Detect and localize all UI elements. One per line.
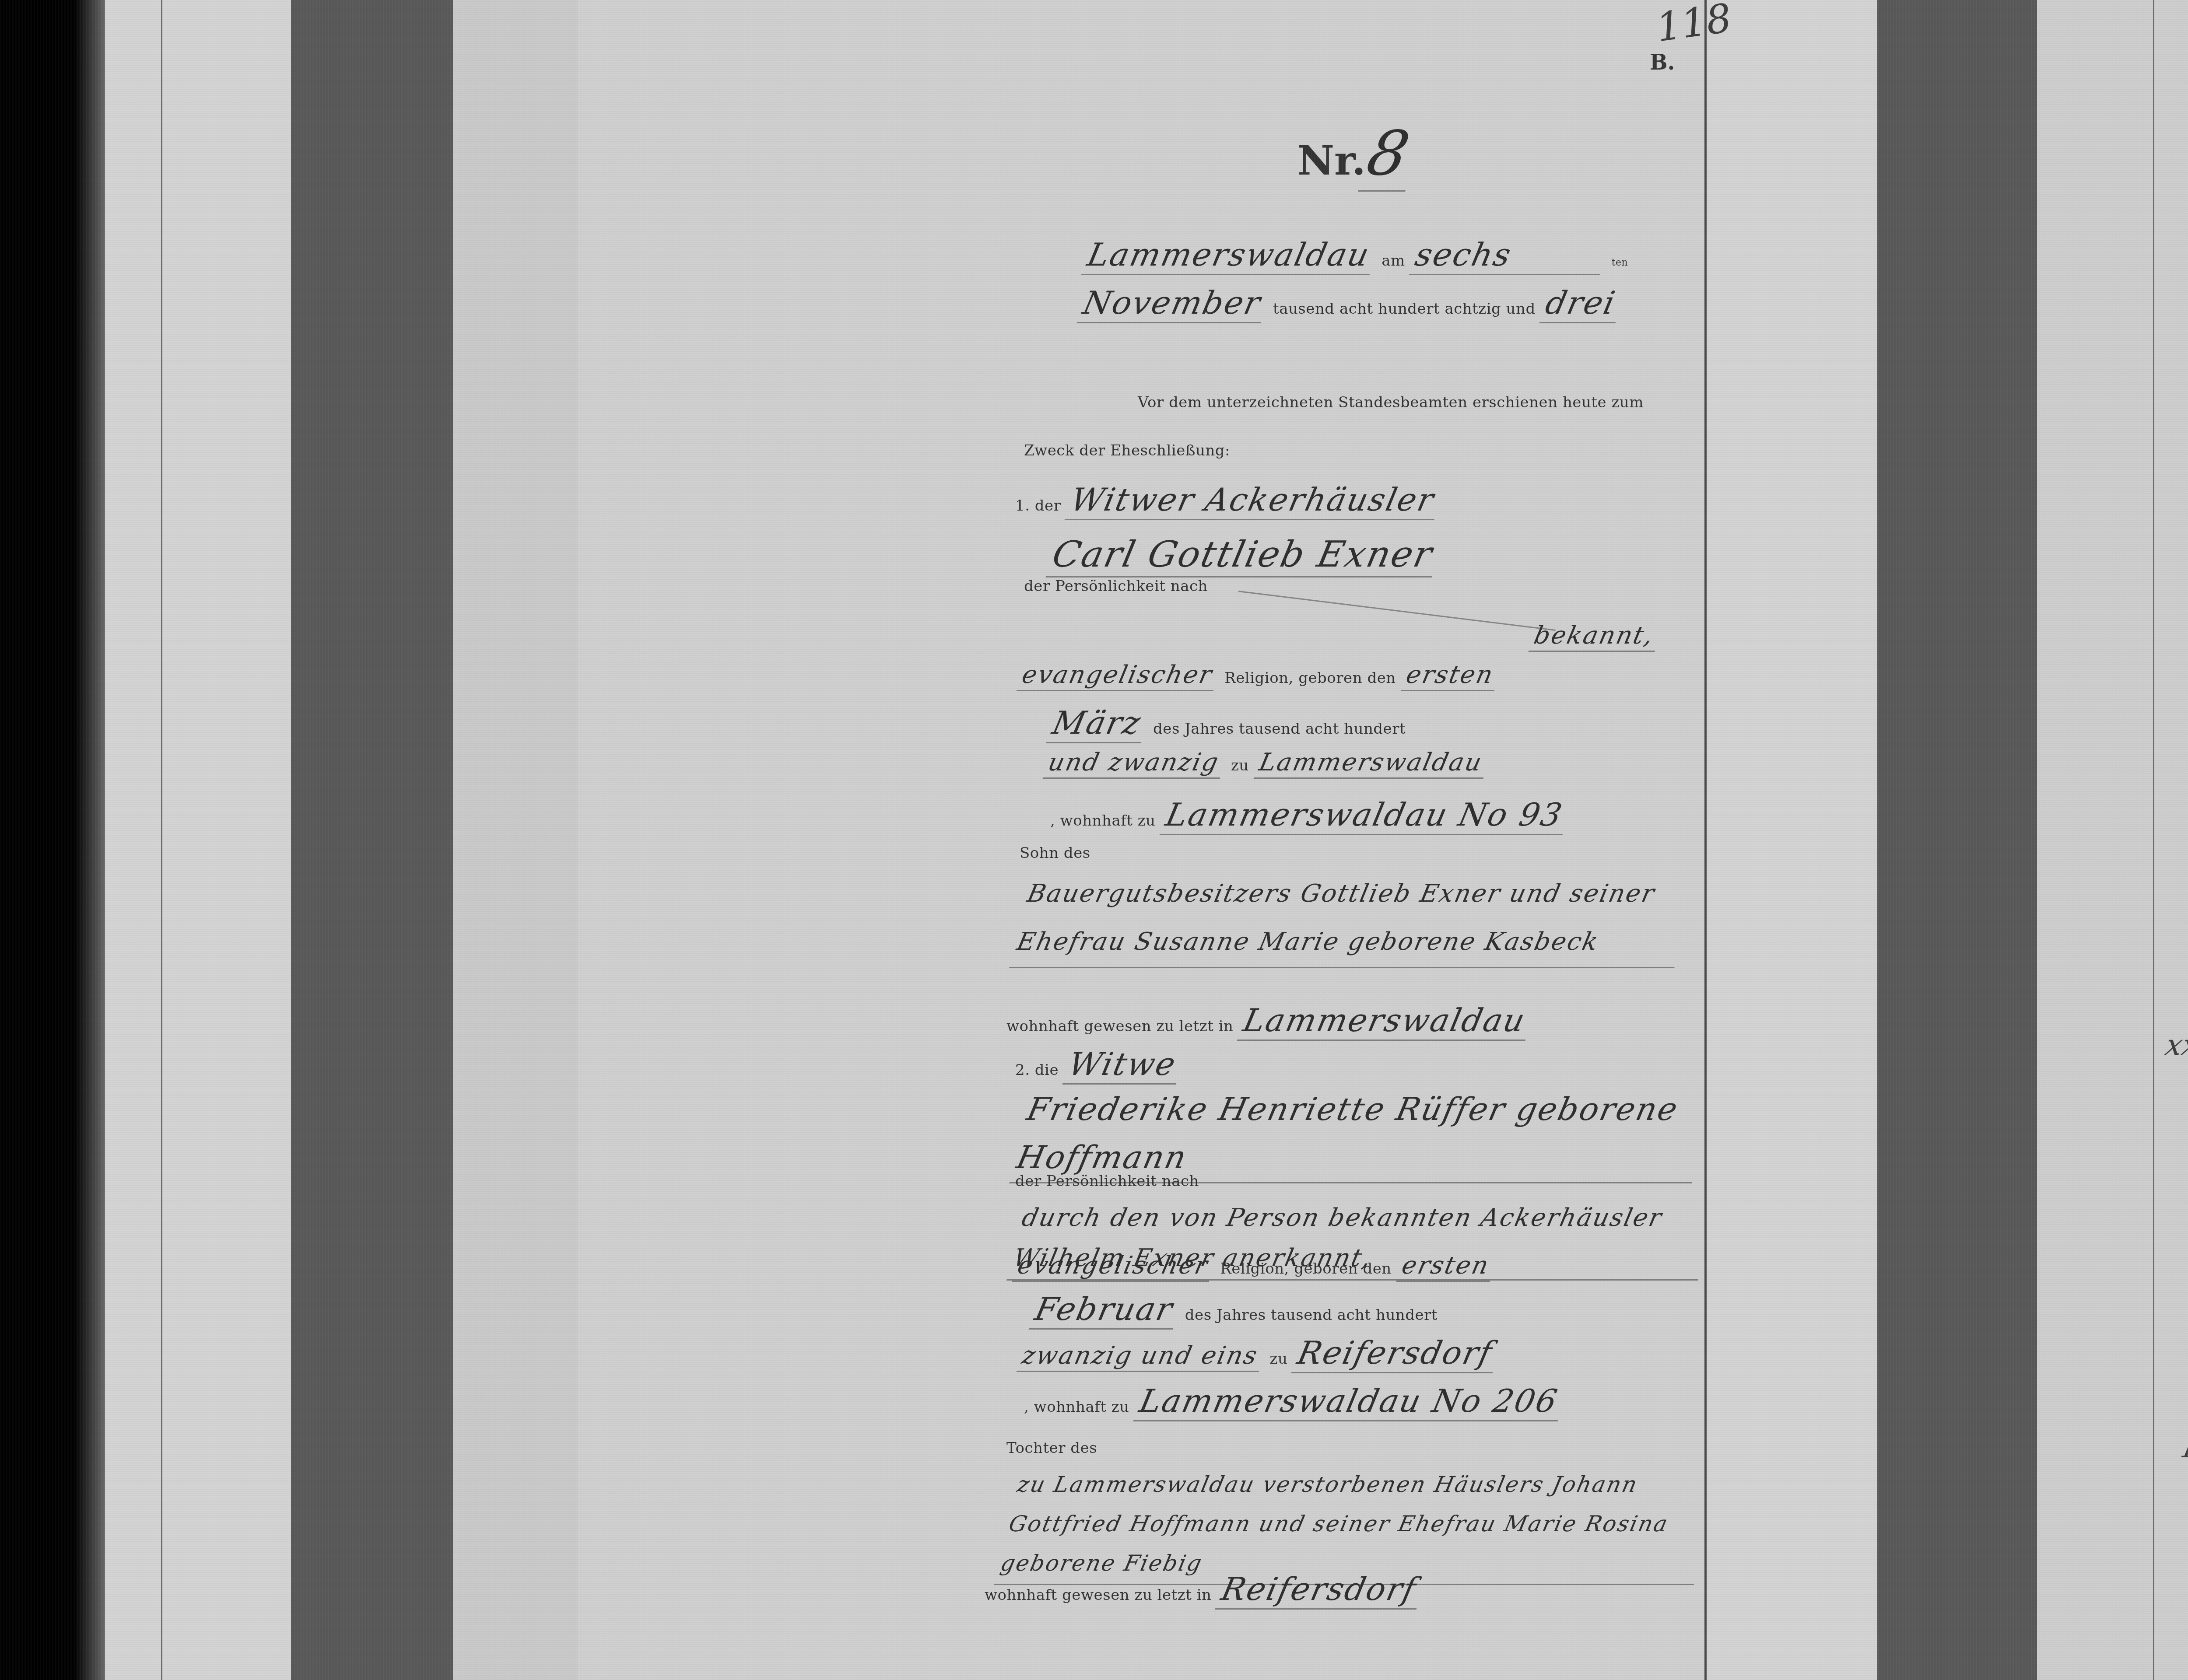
bride-birth-year-line: zwanzig und eins zu Reifersdorf bbox=[1020, 1334, 1497, 1373]
header-date-line: November tausend acht hundert achtzig un… bbox=[1081, 284, 1620, 323]
groom-line-1: 1. der Witwer Ackerhäusler bbox=[1015, 481, 1438, 520]
groom-birth-place: Lammerswaldau bbox=[1253, 748, 1490, 779]
intro-text-1: Vor dem unterzeichneten Standesbeamten e… bbox=[1138, 394, 1644, 411]
groom-birth-year-line: und zwanzig zu Lammerswaldau bbox=[1046, 748, 1487, 779]
bride-birth-place: Reifersdorf bbox=[1291, 1334, 1501, 1373]
header-day-suffix: ten bbox=[1612, 257, 1628, 268]
bride-religion: evangelischer bbox=[1012, 1251, 1216, 1282]
bride-religion-line: evangelischer Religion, geboren den erst… bbox=[1015, 1251, 1493, 1282]
groom-identity-line: der Persönlichkeit nach bbox=[1024, 577, 1208, 595]
bride-birth-month-line: Februar des Jahres tausend acht hundert bbox=[1033, 1291, 1438, 1330]
bride-parents-label: Tochter des bbox=[1006, 1439, 1097, 1457]
bride-line-1: 2. die Witwe bbox=[1015, 1046, 1180, 1085]
groom-birth-day: ersten bbox=[1400, 661, 1501, 691]
binding-band-left bbox=[291, 0, 453, 1680]
bride-birth-year-label: des Jahres tausend acht hundert bbox=[1185, 1306, 1438, 1324]
groom-parents-residence: Lammerswaldau bbox=[1237, 1002, 1534, 1041]
bride-identity-label: der Persönlichkeit nach bbox=[1015, 1172, 1199, 1190]
bride-parents-residence-line: wohnhaft gewesen zu letzt in Reifersdorf bbox=[985, 1571, 1420, 1610]
bride-birth-day: ersten bbox=[1396, 1251, 1496, 1282]
page-edge-line bbox=[161, 0, 162, 1680]
intro-text-2: Zweck der Eheschließung: bbox=[1024, 442, 1230, 459]
header-am: am bbox=[1382, 252, 1405, 269]
intro-line-2: Zweck der Eheschließung: bbox=[1024, 442, 1230, 459]
groom-religion: evangelischer bbox=[1017, 661, 1220, 691]
bride-birth-year: zwanzig und eins bbox=[1017, 1341, 1265, 1372]
groom-parents-residence-label: wohnhaft gewesen zu letzt in bbox=[1006, 1018, 1233, 1035]
entry-prefix: Nr. bbox=[1297, 137, 1366, 184]
groom-birth-month: März bbox=[1046, 704, 1150, 743]
bride-parents-line: Tochter des zu Lammerswaldau verstorbene… bbox=[1006, 1439, 1707, 1585]
groom-residence-line: , wohnhaft zu Lammerswaldau No 93 bbox=[1050, 796, 1566, 835]
header-year-printed: tausend acht hundert achtzig und bbox=[1273, 300, 1536, 318]
bride-parents-residence-label: wohnhaft gewesen zu letzt in bbox=[985, 1586, 1211, 1604]
groom-label: 1. der bbox=[1015, 497, 1061, 514]
header-day: sechs bbox=[1409, 236, 1608, 275]
groom-identity-label: der Persönlichkeit nach bbox=[1024, 577, 1208, 595]
groom-residence-label: , wohnhaft zu bbox=[1050, 812, 1156, 829]
form-letter: B. bbox=[1650, 50, 1675, 75]
binding-band-right bbox=[1877, 0, 2037, 1680]
bride-status: Witwe bbox=[1062, 1046, 1185, 1085]
scan-edge-left bbox=[0, 0, 105, 1680]
groom-religion-line: evangelischer Religion, geboren den erst… bbox=[1020, 661, 1497, 691]
entry-number: Nr.8 bbox=[1297, 118, 1413, 192]
groom-name: Carl Gottlieb Exner bbox=[1045, 534, 1441, 577]
header-place: Lammerswaldau bbox=[1081, 236, 1378, 275]
bride-residence-label: , wohnhaft zu bbox=[1024, 1398, 1129, 1416]
page-gutter bbox=[1707, 0, 1877, 1680]
groom-identity-value-line: bekannt, bbox=[1532, 621, 1658, 652]
intro-line-1: Vor dem unterzeichneten Standesbeamten e… bbox=[1138, 394, 1644, 411]
bride-parents-residence: Reifersdorf bbox=[1215, 1571, 1425, 1610]
header-year-hand: drei bbox=[1539, 284, 1623, 323]
groom-residence: Lammerswaldau No 93 bbox=[1159, 796, 1571, 835]
bride-residence: Lammerswaldau No 206 bbox=[1133, 1382, 1566, 1421]
bride-religion-label: Religion, geboren den bbox=[1220, 1260, 1392, 1277]
entry-number-hand: 8 bbox=[1358, 118, 1421, 192]
groom-parents-residence-line: wohnhaft gewesen zu letzt in Lammerswald… bbox=[1006, 1002, 1530, 1041]
bride-birth-month: Februar bbox=[1029, 1291, 1182, 1330]
left-page-margin bbox=[453, 0, 578, 1680]
bride-parents: zu Lammerswaldau verstorbenen Häuslers J… bbox=[994, 1465, 1719, 1585]
bride-label: 2. die bbox=[1015, 1061, 1059, 1079]
previous-page-stack bbox=[105, 0, 291, 1680]
bride-name: Friederike Henriette Rüffer geborene Hof… bbox=[1009, 1085, 1713, 1183]
bride-name-line: Friederike Henriette Rüffer geborene Hof… bbox=[1020, 1085, 1702, 1183]
groom-birth-year-label: des Jahres tausend acht hundert bbox=[1153, 720, 1406, 738]
groom-parents: Bauergutsbesitzers Gottlieb Exner und se… bbox=[1009, 870, 1695, 968]
groom-birth-month-line: März des Jahres tausend acht hundert bbox=[1050, 704, 1406, 743]
next-page-margin-rule bbox=[2153, 0, 2154, 1680]
groom-parents-line: Sohn des Bauergutsbesitzers Gottlieb Exn… bbox=[1020, 844, 1685, 968]
header-month: November bbox=[1077, 284, 1269, 323]
groom-line-2: Carl Gottlieb Exner bbox=[1050, 534, 1437, 577]
groom-identity-value: bekannt, bbox=[1529, 621, 1662, 652]
groom-parents-label: Sohn des bbox=[1020, 844, 1090, 862]
groom-birth-year: und zwanzig bbox=[1043, 748, 1227, 779]
bride-residence-line: , wohnhaft zu Lammerswaldau No 206 bbox=[1024, 1382, 1561, 1421]
groom-religion-label: Religion, geboren den bbox=[1224, 669, 1396, 687]
header-place-line: Lammerswaldau am sechs ten bbox=[1085, 236, 1628, 275]
groom-status-occupation: Witwer Ackerhäusler bbox=[1065, 481, 1443, 520]
next-page-fragment bbox=[2037, 0, 2188, 1680]
bride-birth-place-label: zu bbox=[1270, 1350, 1288, 1368]
groom-birth-place-label: zu bbox=[1231, 757, 1249, 774]
